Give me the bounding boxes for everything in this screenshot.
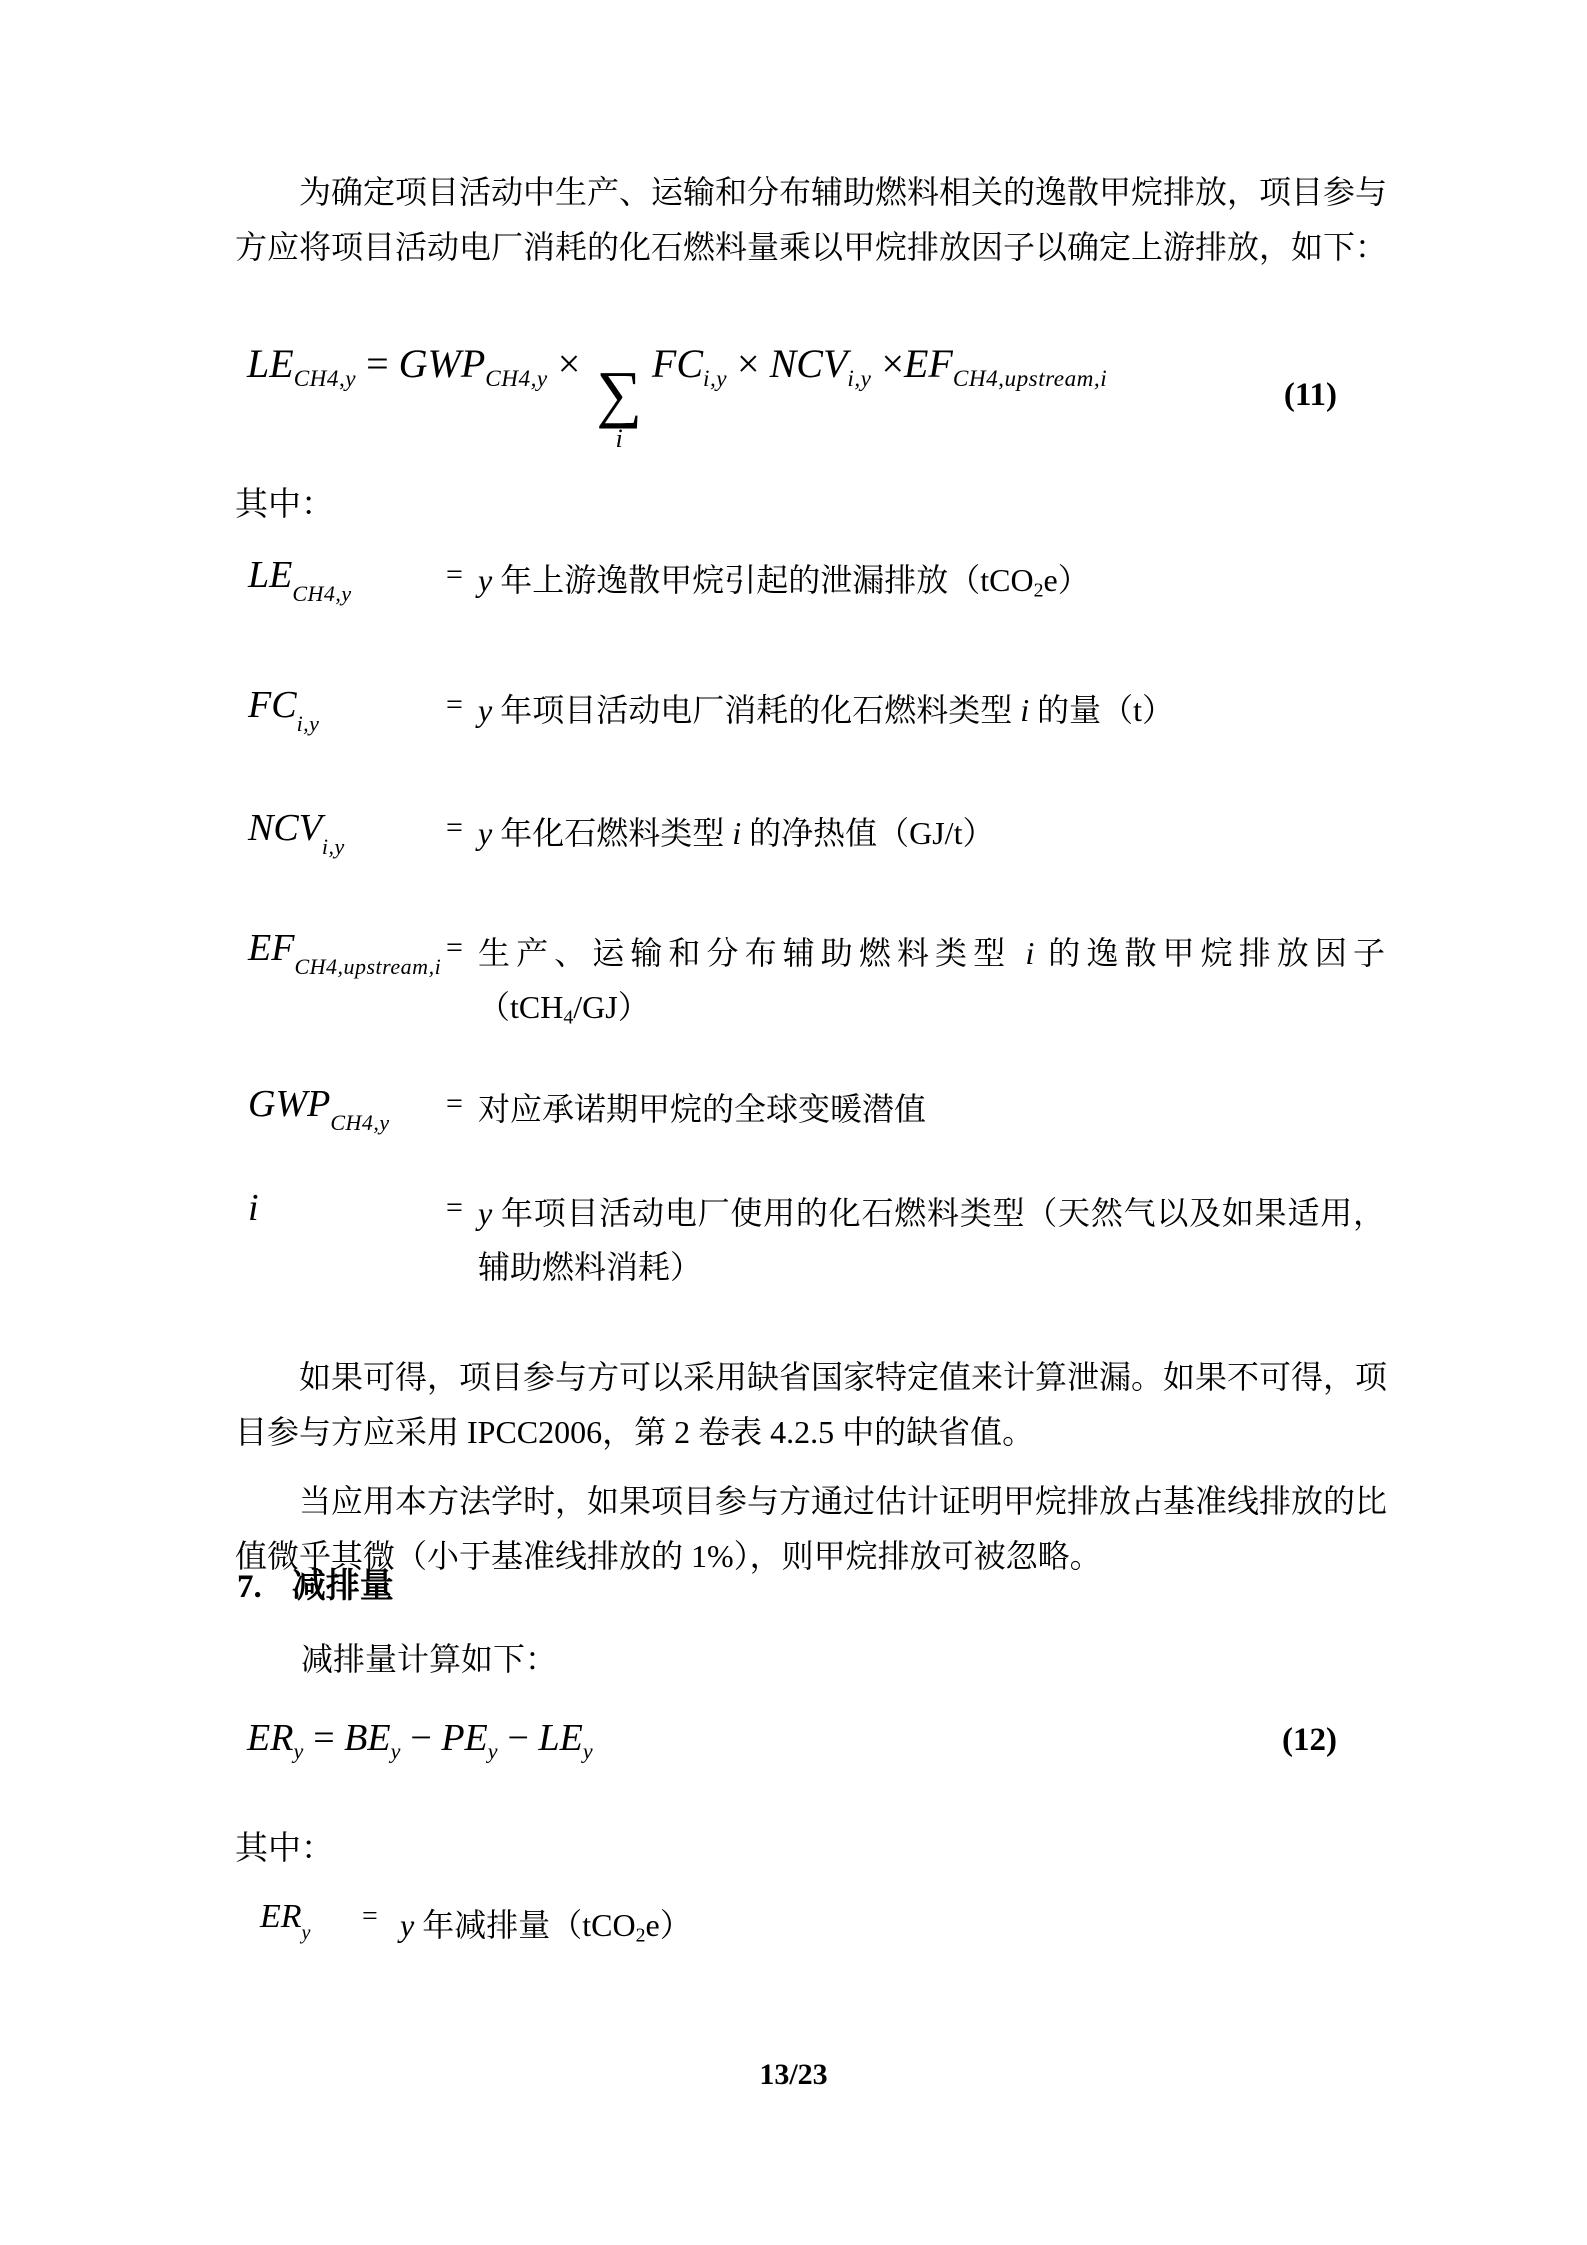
paragraph-upstream-intro: 为确定项目活动中生产、运输和分布辅助燃料相关的逸散甲烷排放，项目参与方应将项目活… xyxy=(235,165,1387,275)
equation-11-row: LECH4,y = GWPCH4,y × ∑iFCi,y × NCVi,y ×E… xyxy=(235,338,1385,453)
definition-row-ef: EFCH4,upstream,i = 生产、运输和分布辅助燃料类型 i 的逸散甲… xyxy=(235,926,1385,1045)
definition-term: EFCH4,upstream,i xyxy=(248,926,441,980)
summation-symbol: ∑i xyxy=(596,364,642,452)
calc-intro-text: 减排量计算如下： xyxy=(301,1634,557,1680)
definition-term: i xyxy=(248,1186,259,1230)
document-page: 为确定项目活动中生产、运输和分布辅助燃料相关的逸散甲烷排放，项目参与方应将项目活… xyxy=(0,0,1587,2245)
definition-row-fc: FCi,y = y 年项目活动电厂消耗的化石燃料类型 i 的量（t） xyxy=(235,683,1385,737)
definition-row-i: i = y 年项目活动电厂使用的化石燃料类型（天然气以及如果适用，辅助燃料消耗） xyxy=(235,1186,1385,1294)
paragraph-default-values: 如果可得，项目参与方可以采用缺省国家特定值来计算泄漏。如果不可得，项目参与方应采… xyxy=(235,1350,1387,1460)
definition-text: y 年化石燃料类型 i 的净热值（GJ/t） xyxy=(478,806,1385,860)
definition-text: y 年上游逸散甲烷引起的泄漏排放（tCO2e） xyxy=(478,553,1385,618)
definition-term: GWPCH4,y xyxy=(248,1082,390,1136)
equation-11-number: (11) xyxy=(1284,377,1385,414)
definition-term: LECH4,y xyxy=(248,553,352,607)
definition-text: 对应承诺期甲烷的全球变暖潜值 xyxy=(478,1082,1385,1136)
definition-text: y 年项目活动电厂消耗的化石燃料类型 i 的量（t） xyxy=(478,683,1385,737)
definition-equals: = xyxy=(446,558,463,592)
definition-term: FCi,y xyxy=(248,683,319,737)
definition-row-le: LECH4,y = y 年上游逸散甲烷引起的泄漏排放（tCO2e） xyxy=(235,553,1385,618)
definition-row-ncv: NCVi,y = y 年化石燃料类型 i 的净热值（GJ/t） xyxy=(235,806,1385,860)
definition-equals: = xyxy=(446,811,463,845)
section-number: 7. xyxy=(237,1569,262,1605)
where-label-2: 其中： xyxy=(235,1822,334,1869)
section-title: 减排量 xyxy=(292,1568,394,1605)
definition-term: ERy xyxy=(260,1898,311,1945)
definition-equals: = xyxy=(446,1191,463,1225)
definition-row-er: ERy = y 年减排量（tCO2e） xyxy=(235,1898,1385,1963)
equation-12-row: ERy = BEy − PEy − LEy (12) xyxy=(235,1700,1385,1780)
definition-equals: = xyxy=(446,931,463,965)
definition-text: y 年减排量（tCO2e） xyxy=(400,1898,1385,1963)
paragraph-methane-negligible: 当应用本方法学时，如果项目参与方通过估计证明甲烷排放占基准线排放的比值微乎其微（… xyxy=(235,1474,1387,1584)
definition-row-gwp: GWPCH4,y = 对应承诺期甲烷的全球变暖潜值 xyxy=(235,1082,1385,1136)
where-label-1: 其中： xyxy=(235,478,334,525)
definition-equals: = xyxy=(362,1901,378,1933)
equation-12-number: (12) xyxy=(1282,1722,1385,1759)
section-heading-7: 7.减排量 xyxy=(237,1558,394,1607)
definition-equals: = xyxy=(446,688,463,722)
definition-term: NCVi,y xyxy=(248,806,345,860)
definition-text: y 年项目活动电厂使用的化石燃料类型（天然气以及如果适用，辅助燃料消耗） xyxy=(478,1186,1385,1294)
definition-equals: = xyxy=(446,1087,463,1121)
equation-12-formula: ERy = BEy − PEy − LEy xyxy=(235,1716,593,1764)
equation-11-formula: LECH4,y = GWPCH4,y × ∑iFCi,y × NCVi,y ×E… xyxy=(235,340,1107,452)
definition-text: 生产、运输和分布辅助燃料类型 i 的逸散甲烷排放因子（tCH4/GJ） xyxy=(478,926,1385,1045)
page-footer: 13/23 xyxy=(0,2058,1587,2092)
